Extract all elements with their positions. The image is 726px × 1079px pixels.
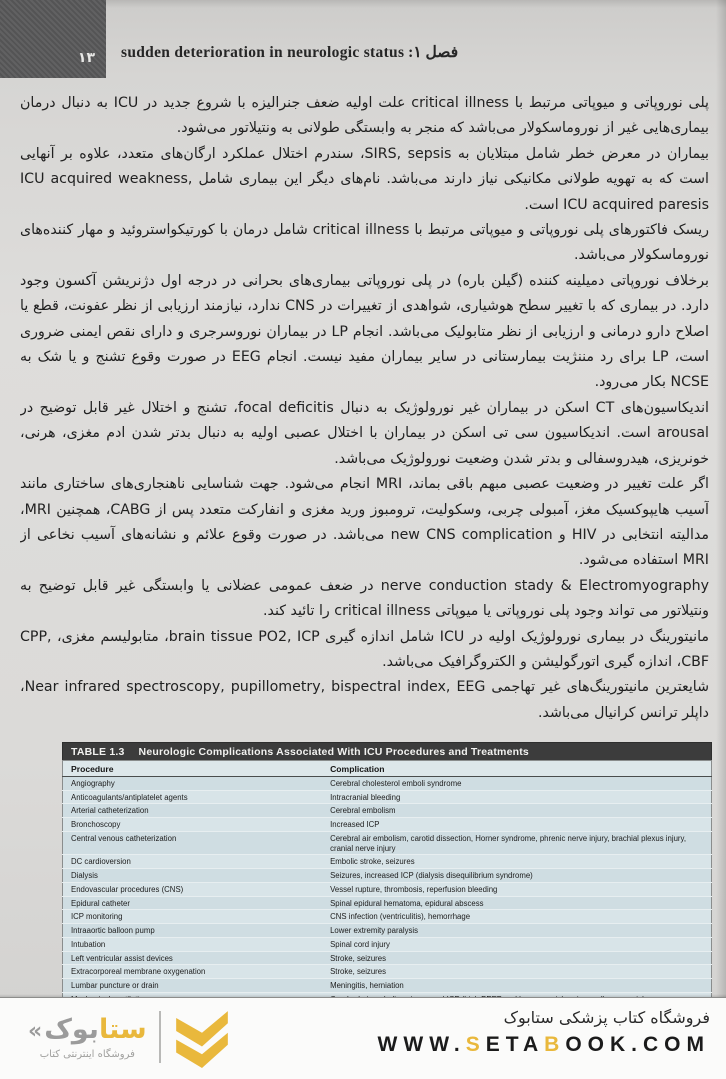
cell-complication: Increased ICP: [322, 818, 711, 832]
table-row: Anticoagulants/antiplatelet agentsIntrac…: [63, 790, 712, 804]
footer-store-info: فروشگاه کتاب پزشکی ستابوک WWW.SETABOOK.C…: [378, 1008, 710, 1057]
cell-complication: Stroke, seizures: [322, 965, 711, 979]
url-part-accent: B: [544, 1033, 565, 1056]
cell-complication: Cerebral embolism: [322, 804, 711, 818]
chevron-logo-icon: [173, 1006, 231, 1068]
cell-complication: Seizures, increased ICP (dialysis disequ…: [322, 869, 711, 883]
table-row: Arterial catheterizationCerebral embolis…: [63, 804, 712, 818]
table-row: AngiographyCerebral cholesterol emboli s…: [63, 777, 712, 791]
table-label: TABLE 1.3: [71, 746, 125, 758]
logo-wordmark-gray: بوک: [44, 1015, 99, 1045]
paragraph: مانیتورینگ در بیماری نورولوژیک اولیه در …: [20, 625, 709, 676]
table-title-bar: TABLE 1.3 Neurologic Complications Assoc…: [62, 742, 712, 760]
paragraph: اگر علت تغییر در وضعیت عصبی مبهم باقی بم…: [20, 472, 709, 574]
chapter-header: فصل ۱: sudden deterioration in neurologi…: [121, 43, 458, 62]
cell-procedure: Lumbar puncture or drain: [63, 979, 323, 993]
paragraph: پلی نوروپاتی و میوپاتی مرتبط با critical…: [20, 91, 709, 142]
table-row: Intraaortic balloon pumpLower extremity …: [63, 924, 712, 938]
scan-top-shadow: [0, 0, 726, 8]
cell-complication: Cerebral air embolism, carotid dissectio…: [322, 831, 711, 854]
cell-procedure: Angiography: [63, 777, 323, 791]
cell-procedure: Intraaortic balloon pump: [63, 924, 323, 938]
url-part: OOK.COM: [565, 1033, 710, 1056]
logo-tagline: فروشگاه اینترنتی کتاب: [40, 1049, 135, 1060]
cell-procedure: DC cardioversion: [63, 855, 323, 869]
cell-procedure: Bronchoscopy: [63, 818, 323, 832]
cell-procedure: Dialysis: [63, 869, 323, 883]
logo-divider: [159, 1011, 161, 1063]
cell-complication: Lower extremity paralysis: [322, 924, 711, 938]
table-row: BronchoscopyIncreased ICP: [63, 818, 712, 832]
site-url: WWW.SETABOOK.COM: [378, 1033, 710, 1057]
cell-procedure: Extracorporeal membrane oxygenation: [63, 965, 323, 979]
url-part: ETA: [486, 1033, 544, 1056]
chapter-label: فصل ۱:: [408, 44, 458, 61]
scanned-book-page: ۱۳ فصل ۱: sudden deterioration in neurol…: [0, 0, 726, 1079]
cell-procedure: Intubation: [63, 937, 323, 951]
chapter-title-en: sudden deterioration in neurologic statu…: [121, 44, 404, 61]
cell-procedure: Left ventricular assist devices: [63, 951, 323, 965]
logo-guillemet-mark: «: [28, 1017, 42, 1047]
logo-wordmark: « بوک ستا: [28, 1015, 147, 1047]
table-row: DC cardioversionEmbolic stroke, seizures: [63, 855, 712, 869]
cell-procedure: Endovascular procedures (CNS): [63, 882, 323, 896]
body-text: پلی نوروپاتی و میوپاتی مرتبط با critical…: [20, 91, 709, 739]
paragraph: برخلاف نوروپاتی دمیلینه کننده (گیلن باره…: [20, 269, 709, 396]
paragraph: اندیکاسیون‌های CT اسکن در بیماران غیر نو…: [20, 396, 709, 472]
cell-complication: Spinal cord injury: [322, 937, 711, 951]
table-row: DialysisSeizures, increased ICP (dialysi…: [63, 869, 712, 883]
cell-complication: Intracranial bleeding: [322, 790, 711, 804]
cell-procedure: Epidural catheter: [63, 896, 323, 910]
logo-text-column: « بوک ستا فروشگاه اینترنتی کتاب: [28, 1015, 147, 1060]
cell-complication: Spinal epidural hematoma, epidural absce…: [322, 896, 711, 910]
store-name: فروشگاه کتاب پزشکی ستابوک: [378, 1008, 710, 1027]
table-row: Epidural catheterSpinal epidural hematom…: [63, 896, 712, 910]
column-header-procedure: Procedure: [63, 761, 323, 777]
page-number: ۱۳: [78, 50, 95, 66]
table-row: IntubationSpinal cord injury: [63, 937, 712, 951]
table-row: Central venous catheterizationCerebral a…: [63, 831, 712, 854]
cell-complication: Embolic stroke, seizures: [322, 855, 711, 869]
header-corner-block: ۱۳: [0, 0, 106, 78]
cell-procedure: ICP monitoring: [63, 910, 323, 924]
table-row: ICP monitoringCNS infection (ventriculit…: [63, 910, 712, 924]
table-1-3: TABLE 1.3 Neurologic Complications Assoc…: [62, 742, 712, 1034]
table-row: Lumbar puncture or drainMeningitis, hern…: [63, 979, 712, 993]
cell-complication: CNS infection (ventriculitis), hemorrhag…: [322, 910, 711, 924]
column-header-complication: Complication: [322, 761, 711, 777]
footer-banner: « بوک ستا فروشگاه اینترنتی کتاب فروشگاه …: [0, 997, 726, 1079]
table-row: Endovascular procedures (CNS)Vessel rupt…: [63, 882, 712, 896]
table-title-text: Neurologic Complications Associated With…: [139, 746, 529, 758]
paragraph: بیماران در معرض خطر شامل مبتلایان به SIR…: [20, 142, 709, 218]
cell-complication: Stroke, seizures: [322, 951, 711, 965]
table-row: Left ventricular assist devicesStroke, s…: [63, 951, 712, 965]
scan-right-shadow: [716, 0, 726, 997]
paragraph: شایعترین مانیتورینگ‌های غیر تهاجمی Near …: [20, 675, 709, 726]
complications-table: Procedure Complication AngiographyCerebr…: [62, 760, 712, 1020]
logo-wordmark-yellow: ستا: [99, 1015, 147, 1045]
paragraph: nerve conduction stady & Electromyograph…: [20, 574, 709, 625]
table-row: Extracorporeal membrane oxygenationStrok…: [63, 965, 712, 979]
url-part-accent: S: [466, 1033, 486, 1056]
url-part: WWW.: [378, 1033, 466, 1056]
cell-procedure: Central venous catheterization: [63, 831, 323, 854]
cell-procedure: Anticoagulants/antiplatelet agents: [63, 790, 323, 804]
cell-complication: Cerebral cholesterol emboli syndrome: [322, 777, 711, 791]
cell-complication: Vessel rupture, thrombosis, reperfusion …: [322, 882, 711, 896]
cell-procedure: Arterial catheterization: [63, 804, 323, 818]
paragraph: ریسک فاکتورهای پلی نوروپاتی و میوپاتی مر…: [20, 218, 709, 269]
table-header-row: Procedure Complication: [63, 761, 712, 777]
setabook-logo: « بوک ستا فروشگاه اینترنتی کتاب: [28, 1006, 231, 1068]
cell-complication: Meningitis, herniation: [322, 979, 711, 993]
